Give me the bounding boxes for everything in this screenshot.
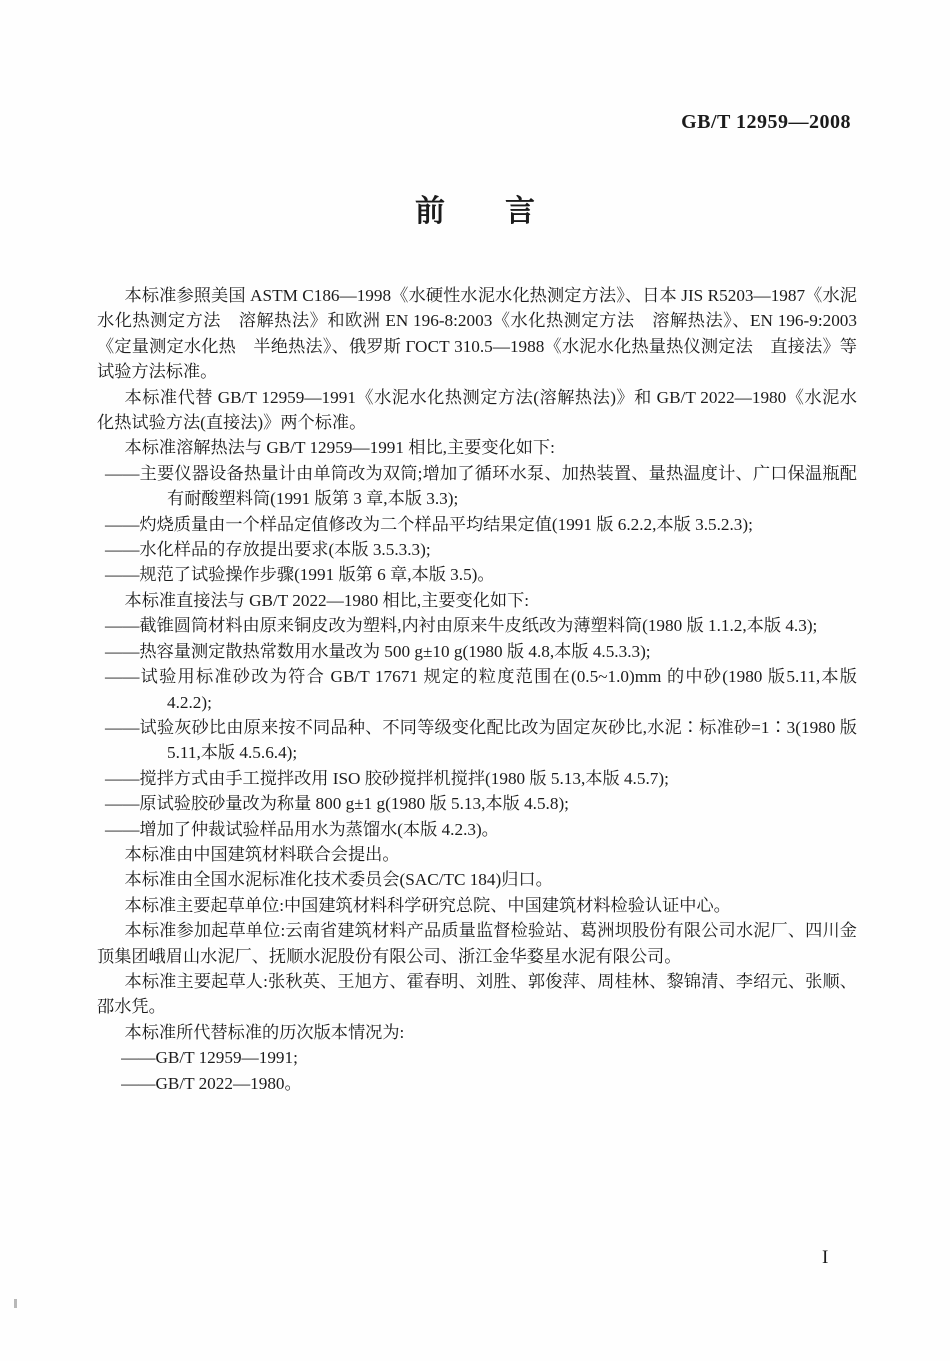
list-item: ——灼烧质量由一个样品定值修改为二个样品平均结果定值(1991 版 6.2.2,…	[97, 512, 857, 537]
list-item: ——热容量测定散热常数用水量改为 500 g±10 g(1980 版 4.8,本…	[97, 639, 857, 664]
page-number: I	[822, 1247, 828, 1269]
page-title: 前 言	[0, 186, 950, 230]
list-item: ——试验用标准砂改为符合 GB/T 17671 规定的粒度范围在(0.5~1.0…	[97, 664, 857, 715]
paragraph: 本标准主要起草单位:中国建筑材料科学研究总院、中国建筑材料检验认证中心。	[97, 893, 857, 918]
list-item: ——GB/T 2022—1980。	[97, 1071, 857, 1096]
paragraph: 本标准由中国建筑材料联合会提出。	[97, 842, 857, 867]
document-page: GB/T 12959—2008 前 言 本标准参照美国 ASTM C186—19…	[0, 0, 950, 1361]
paragraph: 本标准溶解热法与 GB/T 12959—1991 相比,主要变化如下:	[97, 435, 857, 460]
list-item: ——规范了试验操作步骤(1991 版第 6 章,本版 3.5)。	[97, 562, 857, 587]
paragraph: 本标准直接法与 GB/T 2022—1980 相比,主要变化如下:	[97, 588, 857, 613]
paragraph: 本标准所代替标准的历次版本情况为:	[97, 1020, 857, 1045]
list-item: ——搅拌方式由手工搅拌改用 ISO 胶砂搅拌机搅拌(1980 版 5.13,本版…	[97, 766, 857, 791]
list-item: ——增加了仲裁试验样品用水为蒸馏水(本版 4.2.3)。	[97, 817, 857, 842]
list-item: ——水化样品的存放提出要求(本版 3.5.3.3);	[97, 537, 857, 562]
list-item: ——主要仪器设备热量计由单筒改为双筒;增加了循环水泵、加热装置、量热温度计、广口…	[97, 461, 857, 512]
list-item: ——试验灰砂比由原来按不同品种、不同等级变化配比改为固定灰砂比,水泥∶标准砂=1…	[97, 715, 857, 766]
standard-number: GB/T 12959—2008	[0, 111, 851, 134]
paragraph: 本标准参照美国 ASTM C186—1998《水硬性水泥水化热测定方法》、日本 …	[97, 283, 857, 385]
paragraph: 本标准代替 GB/T 12959—1991《水泥水化热测定方法(溶解热法)》和 …	[97, 385, 857, 436]
paragraph: 本标准主要起草人:张秋英、王旭方、霍春明、刘胜、郭俊萍、周桂林、黎锦清、李绍元、…	[97, 969, 857, 1020]
scan-artifact	[14, 1299, 17, 1308]
paragraph: 本标准由全国水泥标准化技术委员会(SAC/TC 184)归口。	[97, 867, 857, 892]
foreword-body: 本标准参照美国 ASTM C186—1998《水硬性水泥水化热测定方法》、日本 …	[97, 283, 857, 1096]
list-item: ——GB/T 12959—1991;	[97, 1045, 857, 1070]
list-item: ——原试验胶砂量改为称量 800 g±1 g(1980 版 5.13,本版 4.…	[97, 791, 857, 816]
paragraph: 本标准参加起草单位:云南省建筑材料产品质量监督检验站、葛洲坝股份有限公司水泥厂、…	[97, 918, 857, 969]
list-item: ——截锥圆筒材料由原来铜皮改为塑料,内衬由原来牛皮纸改为薄塑料筒(1980 版 …	[97, 613, 857, 638]
